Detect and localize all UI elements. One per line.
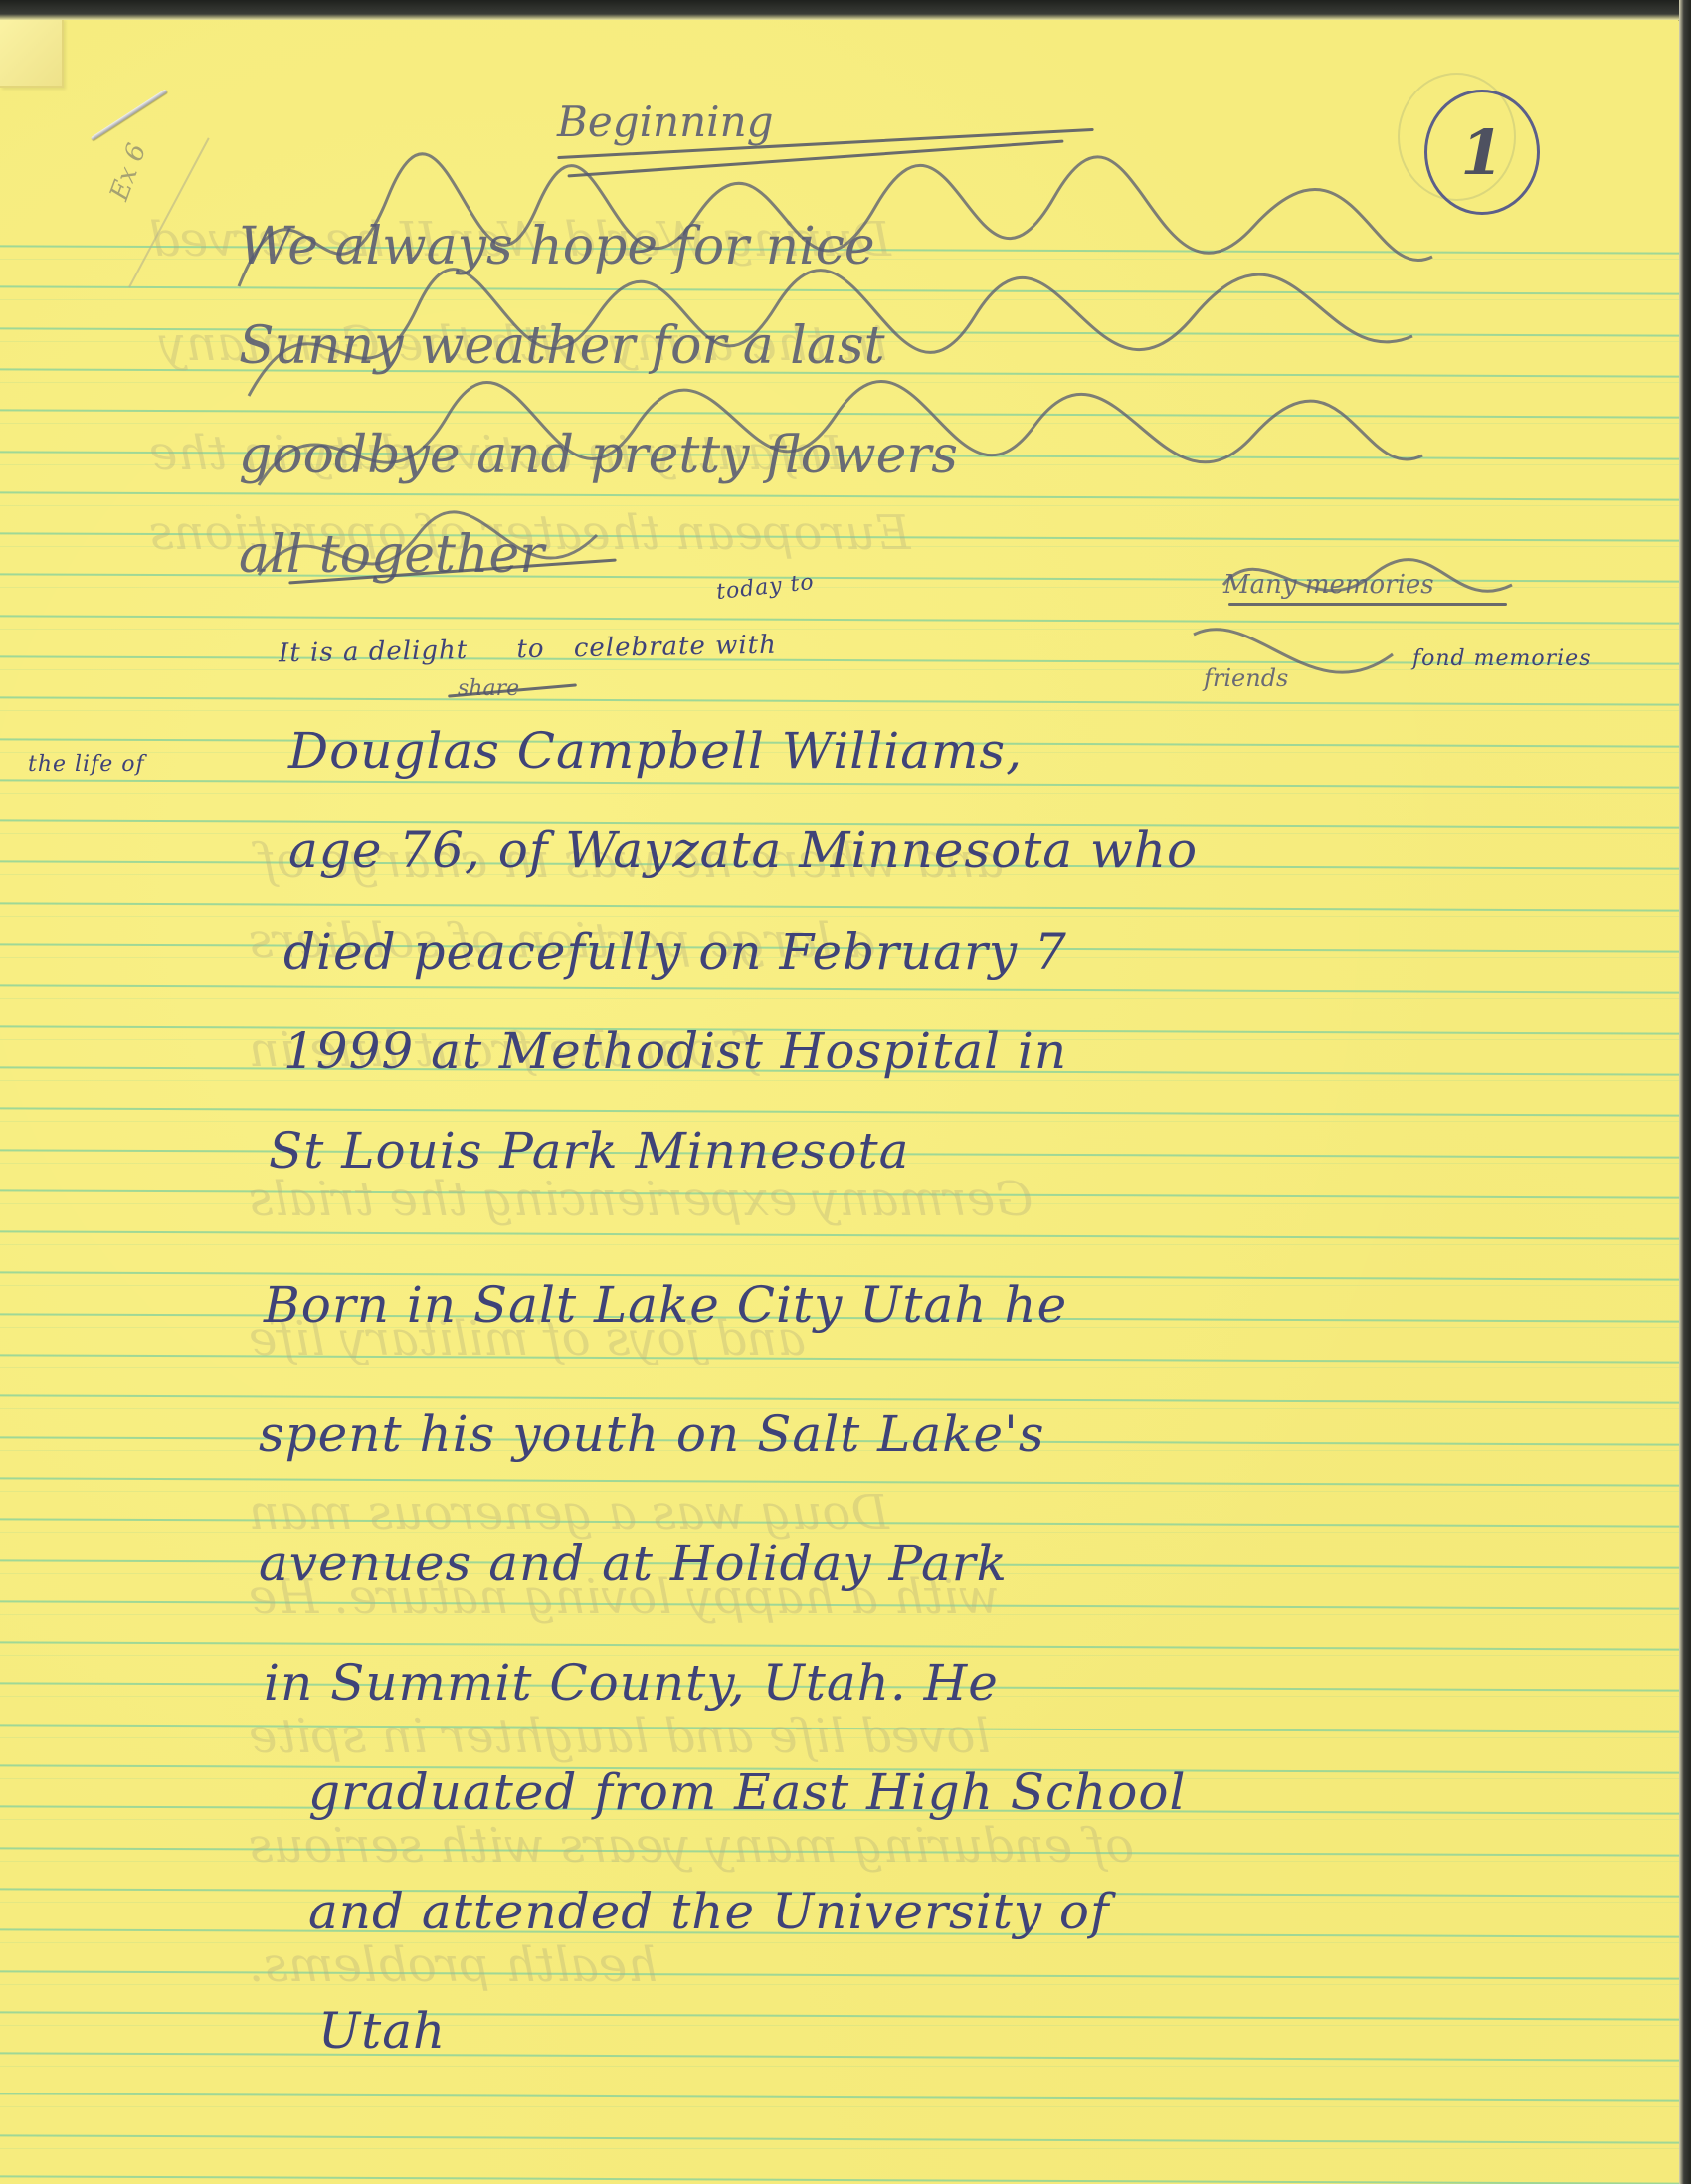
rule-line — [0, 1394, 1681, 1403]
rule-line-shadow — [0, 1244, 1681, 1245]
ghost-line: loved life and laughter in spite — [249, 1709, 991, 1764]
body-line: Douglas Campbell Williams, — [288, 722, 1023, 780]
crossed-out-line: Many memories — [1223, 570, 1434, 600]
scribble-strokes — [0, 18, 1681, 714]
body-line: graduated from East High School — [308, 1763, 1186, 1821]
rule-line-shadow — [0, 998, 1681, 999]
rule-line — [0, 984, 1681, 993]
body-line: in Summit County, Utah. He — [264, 1654, 999, 1712]
crossed-out-line: friends — [1204, 664, 1288, 692]
rule-line — [0, 2175, 1681, 2184]
rule-line — [0, 1230, 1681, 1239]
scanner-top-border — [0, 0, 1691, 20]
body-line: and attended the University of — [308, 1883, 1110, 1940]
rule-line-shadow — [0, 1080, 1681, 1081]
ghost-line: Germany experiencing the trials — [249, 1172, 1033, 1227]
margin-insert-the-life-of: the life of — [28, 752, 145, 777]
rule-line — [0, 1107, 1681, 1116]
intro-end-fond-memories: fond memories — [1412, 646, 1591, 671]
intro-rest: celebrate with — [574, 631, 778, 664]
scanner-right-border — [1679, 0, 1691, 2184]
rule-line — [0, 2052, 1681, 2061]
rule-line-shadow — [0, 1367, 1681, 1368]
rule-line — [0, 2093, 1681, 2101]
rule-line — [0, 779, 1681, 788]
rule-line-shadow — [0, 793, 1681, 794]
intro-prefix: It is a delight — [279, 636, 469, 668]
rule-line-shadow — [0, 2106, 1681, 2107]
body-line: Utah — [318, 2002, 446, 2060]
ghost-line: Doug was a generous man — [249, 1485, 889, 1541]
body-line: avenues and at Holiday Park — [259, 1535, 1008, 1592]
body-line: spent his youth on Salt Lake's — [259, 1405, 1044, 1463]
body-line: age 76, of Wayzata Minnesota who — [288, 821, 1198, 879]
rule-line — [0, 2134, 1681, 2143]
body-line: Born in Salt Lake City Utah he — [264, 1276, 1067, 1334]
strike-line — [1228, 603, 1507, 606]
rule-line-shadow — [0, 2066, 1681, 2067]
body-line: St Louis Park Minnesota — [269, 1122, 909, 1180]
rule-line — [0, 2011, 1681, 2020]
body-line: 1999 at Methodist Hospital in — [283, 1022, 1067, 1080]
ghost-line: health problems. — [249, 1937, 658, 1993]
rule-line-shadow — [0, 2148, 1681, 2149]
intro-to: to — [516, 635, 545, 664]
rule-line — [0, 902, 1681, 911]
rule-line — [0, 1641, 1681, 1650]
ghost-line: of enduring many years with serious — [249, 1818, 1134, 1874]
body-line: died peacefully on February 7 — [283, 923, 1067, 981]
rule-line-shadow — [0, 2025, 1681, 2026]
legal-pad-page: During World War II he served in the arm… — [0, 18, 1681, 2184]
